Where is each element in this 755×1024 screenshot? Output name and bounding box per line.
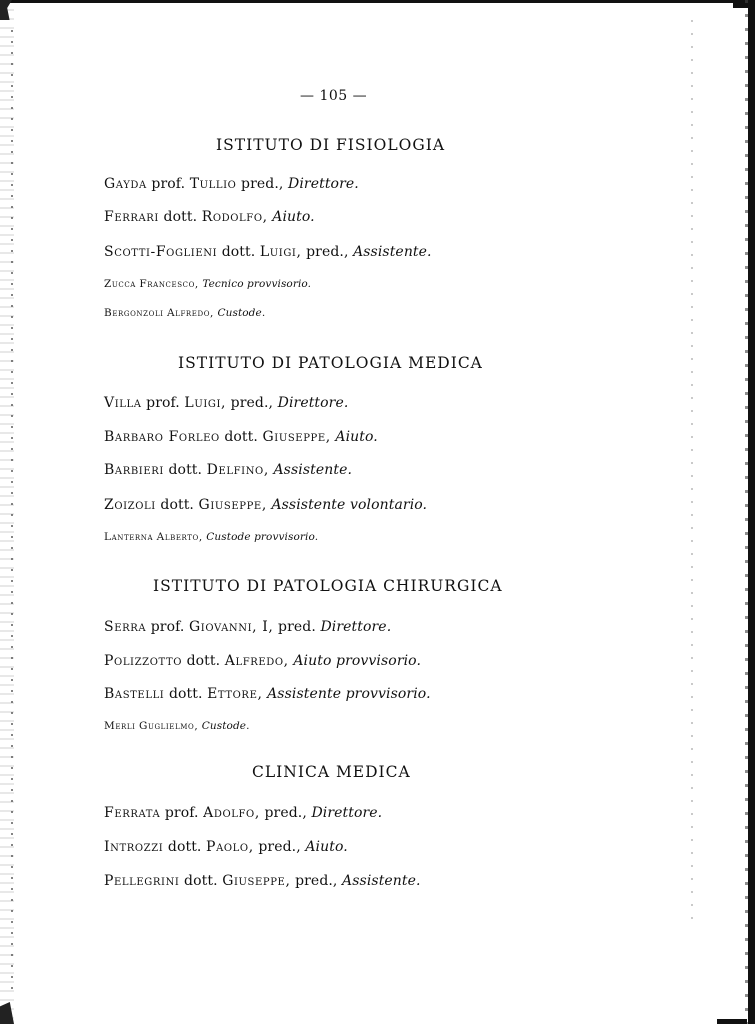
entry-surname: Zucca	[104, 278, 136, 290]
entry-given-name: Ettore,	[207, 686, 262, 702]
entry-surname: Barbaro Forleo	[104, 429, 220, 445]
entry-role: Assistente.	[353, 244, 432, 260]
entry-role: Aiuto.	[335, 429, 377, 445]
entry-line: Introzzi dott. Paolo, pred., Aiuto.	[104, 839, 348, 855]
entry-surname: Scotti-Foglieni	[104, 244, 217, 260]
entry-title: prof.	[151, 176, 185, 192]
entry-note: pred.	[278, 619, 316, 635]
entry-given-name: Alberto,	[157, 531, 203, 543]
entry-title: dott.	[168, 839, 202, 855]
entry-given-name: Alfredo,	[225, 653, 289, 669]
scan-corner-bottom-right	[717, 1019, 747, 1024]
entry-surname: Ferrata	[104, 805, 160, 821]
entry-note: pred.,	[241, 176, 283, 192]
entry-surname: Gayda	[104, 176, 147, 192]
entry-role: Assistente volontario.	[271, 497, 427, 513]
entry-line: Lanterna Alberto, Custode provvisorio.	[104, 531, 318, 543]
entry-role: Direttore.	[288, 176, 359, 192]
entry-line: Zucca Francesco, Tecnico provvisorio.	[104, 278, 311, 290]
entry-role: Aiuto.	[305, 839, 347, 855]
entry-note: pred.,	[231, 395, 273, 411]
entry-role: Tecnico provvisorio.	[202, 278, 311, 290]
entry-title: dott.	[168, 462, 202, 478]
entry-title: prof.	[165, 805, 199, 821]
entry-title: prof.	[151, 619, 185, 635]
entry-note: pred.,	[258, 839, 300, 855]
entry-given-name: Giuseppe,	[263, 429, 331, 445]
entry-line: Scotti-Foglieni dott. Luigi, pred., Assi…	[104, 244, 432, 260]
entry-surname: Merli	[104, 720, 136, 732]
entry-title: dott.	[164, 209, 198, 225]
section-heading-clinica-medica: CLINICA MEDICA	[252, 763, 411, 781]
entry-surname: Bastelli	[104, 686, 164, 702]
entry-line: Barbieri dott. Delfino, Assistente.	[104, 462, 352, 478]
entry-title: dott.	[222, 244, 256, 260]
entry-title: dott.	[187, 653, 221, 669]
entry-role: Direttore.	[311, 805, 382, 821]
entry-role: Assistente.	[342, 873, 421, 889]
entry-given-name: Alfredo,	[167, 307, 214, 319]
entry-surname: Barbieri	[104, 462, 164, 478]
entry-surname: Serra	[104, 619, 146, 635]
entry-note: pred.,	[295, 873, 337, 889]
entry-given-name: Rodolfo,	[202, 209, 268, 225]
entry-line: Bergonzoli Alfredo, Custode.	[104, 307, 265, 319]
entry-line: Villa prof. Luigi, pred., Direttore.	[104, 395, 348, 411]
entry-surname: Zoizoli	[104, 497, 156, 513]
entry-note: pred.,	[264, 805, 306, 821]
entry-role: Custode.	[217, 307, 265, 319]
entry-given-name: Giuseppe,	[199, 497, 267, 513]
entry-surname: Pellegrini	[104, 873, 179, 889]
entry-role: Direttore.	[278, 395, 349, 411]
entry-role: Assistente.	[273, 462, 352, 478]
entry-given-name: Giovanni, I,	[189, 619, 273, 635]
entry-given-name: Adolfo,	[203, 805, 260, 821]
entry-note: pred.,	[306, 244, 348, 260]
entry-given-name: Delfino,	[207, 462, 269, 478]
entry-line: Barbaro Forleo dott. Giuseppe, Aiuto.	[104, 429, 378, 445]
entry-line: Ferrari dott. Rodolfo, Aiuto.	[104, 209, 315, 225]
scanned-page: — 105 — ISTITUTO DI FISIOLOGIA Gayda pro…	[0, 0, 755, 1024]
entry-given-name: Tullio	[190, 176, 237, 192]
entry-given-name: Luigi,	[184, 395, 226, 411]
entry-role: Assistente provvisorio.	[267, 686, 431, 702]
entry-given-name: Francesco,	[139, 278, 198, 290]
entry-line: Pellegrini dott. Giuseppe, pred., Assist…	[104, 873, 421, 889]
entry-line: Bastelli dott. Ettore, Assistente provvi…	[104, 686, 431, 702]
page-number: — 105 —	[300, 88, 367, 104]
scan-edge-top	[0, 0, 755, 3]
entry-surname: Lanterna	[104, 531, 153, 543]
scan-noise-left	[11, 30, 13, 990]
entry-title: dott.	[184, 873, 218, 889]
section-heading-fisiologia: ISTITUTO DI FISIOLOGIA	[216, 136, 445, 154]
entry-title: prof.	[146, 395, 180, 411]
entry-surname: Introzzi	[104, 839, 163, 855]
entry-role: Custode.	[202, 720, 250, 732]
scan-edge-right	[748, 0, 755, 1024]
entry-given-name: Paolo,	[206, 839, 254, 855]
entry-surname: Bergonzoli	[104, 307, 164, 319]
entry-title: dott.	[160, 497, 194, 513]
entry-line: Ferrata prof. Adolfo, pred., Direttore.	[104, 805, 382, 821]
entry-given-name: Giuseppe,	[222, 873, 290, 889]
scan-noise-right-inner	[691, 20, 693, 920]
entry-given-name: Guglielmo,	[139, 720, 198, 732]
entry-role: Aiuto.	[272, 209, 314, 225]
entry-line: Serra prof. Giovanni, I, pred. Direttore…	[104, 619, 391, 635]
entry-surname: Polizzotto	[104, 653, 182, 669]
entry-role: Custode provvisorio.	[206, 531, 318, 543]
entry-line: Merli Guglielmo, Custode.	[104, 720, 250, 732]
entry-line: Polizzotto dott. Alfredo, Aiuto provviso…	[104, 653, 421, 669]
entry-line: Gayda prof. Tullio pred., Direttore.	[104, 176, 359, 192]
entry-surname: Villa	[104, 395, 142, 411]
entry-title: dott.	[169, 686, 203, 702]
entry-role: Aiuto provvisorio.	[293, 653, 421, 669]
entry-line: Zoizoli dott. Giuseppe, Assistente volon…	[104, 497, 427, 513]
entry-given-name: Luigi,	[260, 244, 302, 260]
entry-title: dott.	[224, 429, 258, 445]
entry-role: Direttore.	[320, 619, 391, 635]
section-heading-patologia-chirurgica: ISTITUTO DI PATOLOGIA CHIRURGICA	[153, 577, 503, 595]
entry-surname: Ferrari	[104, 209, 159, 225]
section-heading-patologia-medica: ISTITUTO DI PATOLOGIA MEDICA	[178, 354, 483, 372]
